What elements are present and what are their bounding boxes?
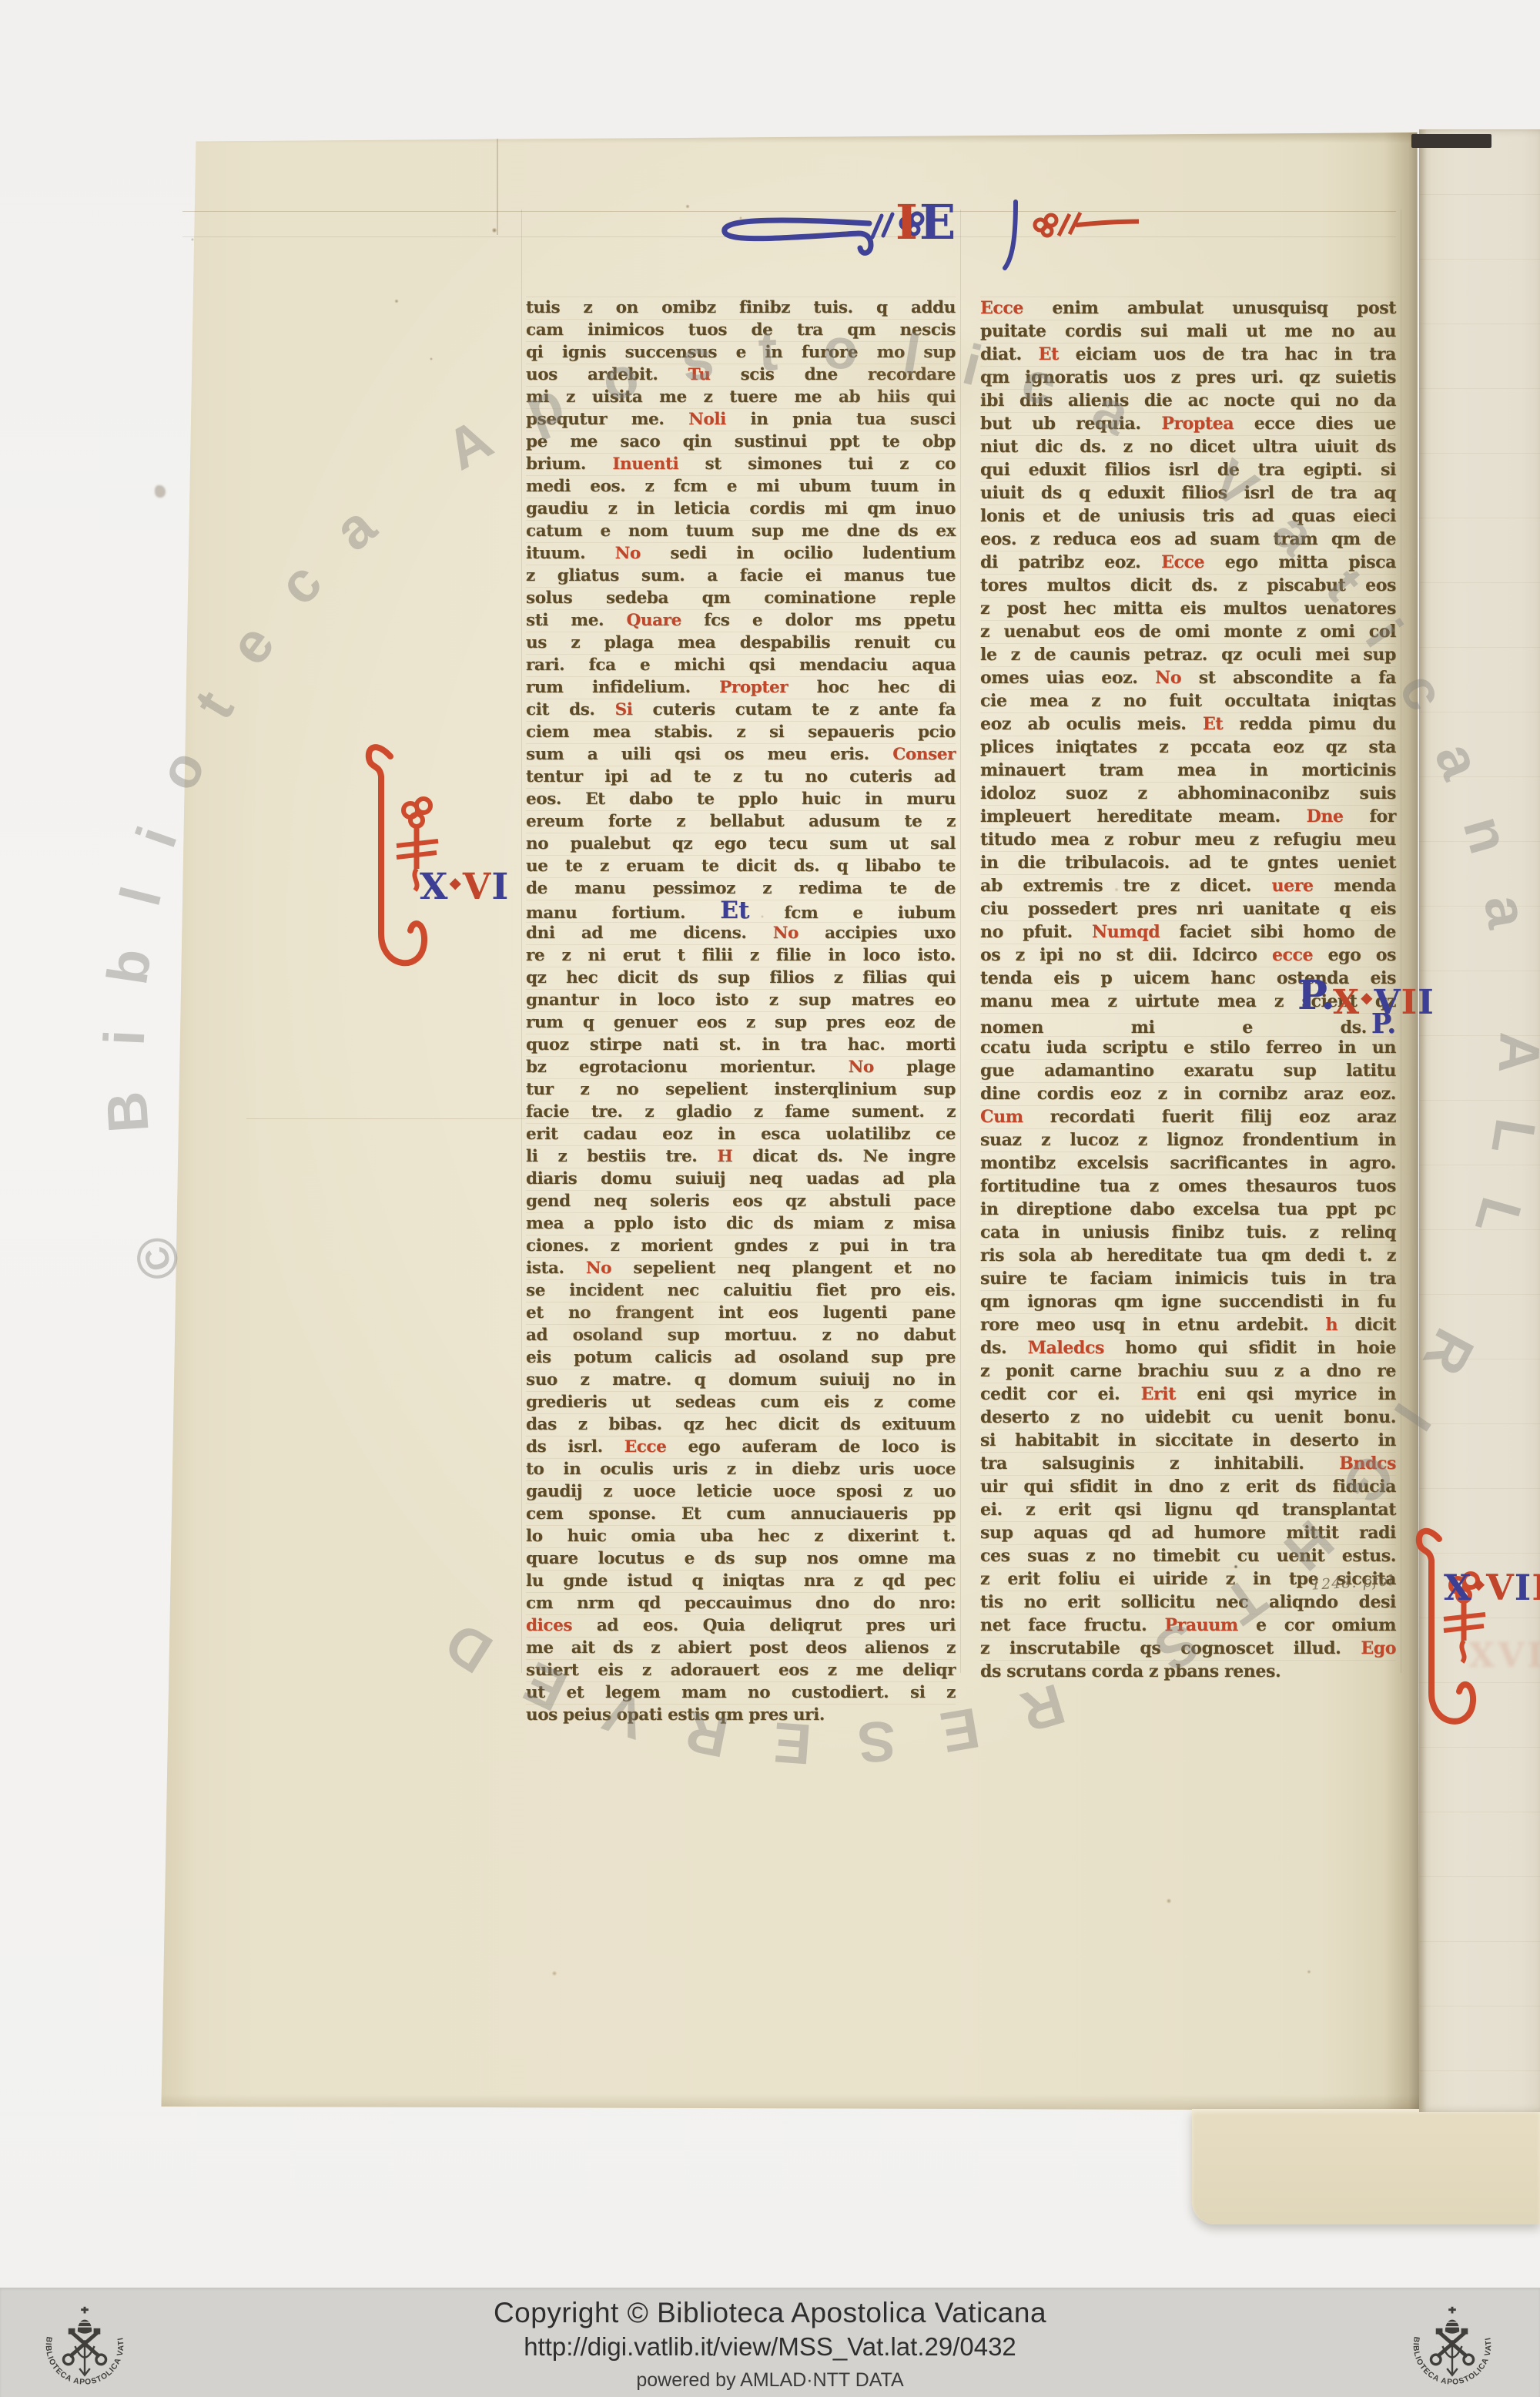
underlying-folio-corner [1192, 2109, 1540, 2224]
manuscript-line: si habitabit in siccitate in deserto in [980, 1429, 1396, 1452]
manuscript-line: gredieris ut sedeas cum eis z come [526, 1391, 956, 1413]
manuscript-line: cata in uniusis finibz tuis. z relinq [980, 1221, 1396, 1244]
manuscript-line: diat. Et eiciam uos de tra hac in tra [980, 343, 1396, 366]
manuscript-line: gue adamantino exaratu sup latitu [980, 1059, 1396, 1082]
copyright-line: Copyright © Biblioteca Apostolica Vatica… [0, 2297, 1540, 2329]
manuscript-line: titudo mea z robur meu z refugiu meu [980, 828, 1396, 851]
manuscript-line: qz hec dicit ds sup filios z filias qui [526, 967, 956, 989]
manuscript-line: di patribz eoz. Ecce ego mitta pisca [980, 551, 1396, 574]
page-content: IE tuis z on omibz finibz tuis. q adduca… [159, 132, 1419, 2114]
manuscript-line: rum infidelium. Propter hoc hec di [526, 676, 956, 699]
manuscript-line: mea a pplo isto dic ds miam z misa [526, 1212, 956, 1235]
manuscript-line: cie mea z no fuit occultata iniqtas [980, 689, 1396, 712]
manuscript-line: dices ad eos. Quia deliqrut pres uri [526, 1614, 956, 1637]
digitized-manuscript-viewer: { "page": { "running_title": "IE" }, "wa… [0, 0, 1540, 2397]
manuscript-line: sti me. Quare fcs e dolor ms ppetu [526, 609, 956, 632]
manuscript-line: ccatu iuda scriptu e stilo ferreo in un [980, 1036, 1396, 1059]
manuscript-line: eos. Et dabo te pplo huic in muru [526, 788, 956, 810]
chapter-initial-p-margin: P. [1297, 972, 1335, 1019]
manuscript-line: omes uias eoz. No st abscondite a fa [980, 666, 1396, 689]
manuscript-line: uos ardebit. Tu scis dne recordare [526, 364, 956, 386]
red-flourish-right [1077, 222, 1139, 232]
manuscript-line: puitate cordis sui mali ut me no au [980, 320, 1396, 343]
manuscript-line: suiert eis z adorauert eos z me deliqr [526, 1659, 956, 1681]
blue-e-descender [1005, 202, 1016, 268]
manuscript-line: ds. Maledcs homo qui sfidit in hoie [980, 1336, 1396, 1359]
manuscript-line: ereum forte z bellabut adusum te z [526, 810, 956, 833]
manuscript-line: eoz ab oculis meis. Et redda pimu du [980, 712, 1396, 736]
manuscript-line: sum a uili qsi os meu eris. Conser [526, 743, 956, 766]
chapter-number-xvi: X◆VI [420, 866, 509, 908]
column-ruling [1401, 210, 1401, 1673]
manuscript-line: bz egrotacionu morientur. No plage [526, 1056, 956, 1078]
footer-text: Copyright © Biblioteca Apostolica Vatica… [0, 2288, 1540, 2392]
manuscript-line: medi eos. z fcm e mi ubum tuum in [526, 475, 956, 498]
manuscript-line: Cum recordati fuerit filij eoz araz [980, 1105, 1396, 1128]
manuscript-line: in die tribulacois. ad te gntes ueniet [980, 851, 1396, 874]
manuscript-line: minauert tram mea in morticinis [980, 759, 1396, 782]
powered-by-line: powered by AMLAD·NTT DATA [0, 2369, 1540, 2392]
manuscript-line: ut et legem mam no custodiert. si z [526, 1681, 956, 1704]
running-title-area: IE [708, 189, 1139, 274]
manuscript-line: ciem mea stabis. z si sepaueris pcio [526, 721, 956, 743]
manuscript-line: me ait ds z abiert post deos alienos z [526, 1637, 956, 1659]
manuscript-line: plices iniqtates z pccata eoz qz sta [980, 736, 1396, 759]
manuscript-line: impleuert hereditate meam. Dne for [980, 805, 1396, 828]
manuscript-line: z uenabut eos de omi monte z omi col [980, 620, 1396, 643]
manuscript-line: et no frangent int eos lugenti pane [526, 1302, 956, 1324]
manuscript-line: net face fructu. Prauum e cor omium [980, 1614, 1396, 1637]
manuscript-line: ris sola ab hereditate tua qm dedi t. z [980, 1244, 1396, 1267]
manuscript-line: lu gnde istud q iniqtas nra z qd pec [526, 1570, 956, 1592]
manuscript-line: cam inimicos tuos de tra qm nescis [526, 319, 956, 341]
manuscript-line: us z plaga mea despabilis renuit cu [526, 632, 956, 654]
manuscript-line: but ub requia. Proptea ecce dies ue [980, 412, 1396, 435]
manuscript-line: das z bibas. qz hec dicit ds exituum [526, 1413, 956, 1436]
manuscript-line: ds scrutans corda z pbans renes. [980, 1660, 1396, 1683]
manuscript-line: cit ds. Si cuteris cutam te z ante fa [526, 699, 956, 721]
vatican-library-logo-left: BIBLIOTECA APOSTOLICA VATICANA [40, 2301, 129, 2391]
manuscript-line: ibi diis alienis die ac nocte qui no da [980, 389, 1396, 412]
manuscript-line: ces suas z no timebit cu uenit estus. [980, 1544, 1396, 1567]
manuscript-line: solus sedeba qm cominatione reple [526, 587, 956, 609]
chapter-number-xvii: X◆VII [1333, 983, 1435, 1022]
manuscript-line: qi ignis succensus e in furore mo sup [526, 341, 956, 364]
running-title: IE [896, 194, 957, 250]
manuscript-line: Ecce enim ambulat unusquisq post [980, 297, 1396, 320]
manuscript-line: idoloz suoz z abhominaconibz suis [980, 782, 1396, 805]
manuscript-line: suo z matre. q domum suiuij no in [526, 1369, 956, 1391]
manuscript-line: os z ipi no st dii. Idcirco ecce ego os [980, 944, 1396, 967]
manuscript-line: ciones. z morient gndes z pui in tra [526, 1235, 956, 1257]
manuscript-line: ei. z erit qsi lignu qd transplantat [980, 1498, 1396, 1521]
manuscript-line: sup aquas qd ad humore mittit radi [980, 1521, 1396, 1544]
blue-flourish-left [725, 220, 871, 253]
manuscript-line: cem sponse. Et cum annuciaueris pp [526, 1503, 956, 1525]
manuscript-line: diaris domu suiuij neq uadas ad pla [526, 1168, 956, 1190]
manuscript-line: gend neq soleris eos qz abstuli pace [526, 1190, 956, 1212]
margin-smudge [155, 485, 166, 498]
manuscript-line: cedit cor ei. Erit eni qsi myrice in [980, 1383, 1396, 1406]
text-column-left: tuis z on omibz finibz tuis. q adducam i… [526, 297, 956, 1726]
manuscript-line: ituum. No sedi in ocilio ludentium [526, 542, 956, 565]
manuscript-line: ab extremis tre z dicet. uere menda [980, 874, 1396, 897]
manuscript-line: uiuit ds q eduxit filios isrl de tra aq [980, 481, 1396, 505]
manuscript-line: cm nrm qd peccauimus dno do nro: [526, 1592, 956, 1614]
next-folio-edge [1419, 129, 1540, 2112]
manuscript-line: tis no erit sollicitu nec aliqndo desi [980, 1591, 1396, 1614]
manuscript-line: no pualebut qz ego tecu sum ut sal [526, 833, 956, 855]
manuscript-line: uir qui sfidit in dno z erit ds fiducia [980, 1475, 1396, 1498]
manuscript-line: montibz excelsis sacrificantes in agro. [980, 1152, 1396, 1175]
manuscript-line: fortitudine tua z omes thesauros tuos [980, 1175, 1396, 1198]
manuscript-line: z inscrutabile qs cognoscet illud. Ego [980, 1637, 1396, 1660]
manuscript-line: li z bestiis tre. H dicat ds. Ne ingre [526, 1145, 956, 1168]
manuscript-line: ds isrl. Ecce ego auferam de loco is [526, 1436, 956, 1458]
manuscript-line: dni ad me dicens. No accipies uxo [526, 922, 956, 944]
manuscript-line: tentur ipi ad te z tu no cuteris ad [526, 766, 956, 788]
manuscript-line: to in oculis uris z in diebz uris uoce [526, 1458, 956, 1480]
manuscript-line: z gliatus sum. a facie ei manus tue [526, 565, 956, 587]
column-ruling [521, 210, 522, 1673]
manuscript-line: re z ni erut t filii z filie in loco ist… [526, 944, 956, 967]
manuscript-line: pe me saco qin sustinui ppt te obp [526, 431, 956, 453]
manuscript-line: quare locutus e ds sup nos omne ma [526, 1547, 956, 1570]
manuscript-line: z ponit carne brachiu suu z a dno re [980, 1359, 1396, 1383]
manuscript-line: ue te z eruam te dicit ds. q libabo te [526, 855, 956, 877]
manuscript-line: tra salsuginis z inhitabili. Bndcs [980, 1452, 1396, 1475]
manuscript-line: qm ignoras qm igne succendisti in fu [980, 1290, 1396, 1313]
manuscript-line: lo huic omia uba hec z dixerint t. [526, 1525, 956, 1547]
manuscript-line: catum e nom tuum sup me dne ds ex [526, 520, 956, 542]
manuscript-line: manu fortium. Et fcm e iubum [526, 900, 956, 922]
manuscript-line: erit cadau eoz in esca uolatilibz ce [526, 1123, 956, 1145]
manuscript-line: eis potum calicis ad osoland sup pre [526, 1346, 956, 1369]
column-ruling [960, 210, 961, 1673]
manuscript-line: suaz z lucoz z lignoz frondentium in [980, 1128, 1396, 1152]
manuscript-line: eos. z reduca eos ad suam tram qm de [980, 528, 1396, 551]
manuscript-line: le z de caunis petraz. qz oculi mei sup [980, 643, 1396, 666]
manuscript-line: gaudiu z in leticia cordis mi qm inuo [526, 498, 956, 520]
manuscript-line: psequtur me. Noli in pnia tua susci [526, 408, 956, 431]
manuscript-line: brium. Inuenti st simones tui z co [526, 453, 956, 475]
manuscript-line: tuis z on omibz finibz tuis. q addu [526, 297, 956, 319]
manuscript-line: rore meo usq in etnu ardebit. h dicit [980, 1313, 1396, 1336]
manuscript-line: dine cordis eoz z in cornibz araz eoz. [980, 1082, 1396, 1105]
binding-edge [1411, 134, 1491, 148]
manuscript-line: quoz stirpe nati st. in tra hac. morti [526, 1034, 956, 1056]
manuscript-line: mi z uisita me z tuere me ab hiis qui [526, 386, 956, 408]
manuscript-line: no pfuit. Numqd faciet sibi homo de [980, 920, 1396, 944]
manuscript-line: z post hec mitta eis multos uenatores [980, 597, 1396, 620]
manuscript-line: uos peius opati estis qm pres uri. [526, 1704, 956, 1726]
manuscript-line: in direptione dabo excelsa tua ppt pc [980, 1198, 1396, 1221]
manuscript-line: niut dic ds. z no dicet ultra uiuit ds [980, 435, 1396, 458]
manuscript-line: qm ignoratis uos z pres uri. qz suietis [980, 366, 1396, 389]
manuscript-line: rari. fca e michi qsi mendaciu aqua [526, 654, 956, 676]
manuscript-line: ista. No sepelient neq plangent et no [526, 1257, 956, 1279]
manuscript-line: deserto z no uidebit cu uenit bonu. [980, 1406, 1396, 1429]
vatican-library-logo-right: BIBLIOTECA APOSTOLICA VATICANA [1408, 2301, 1497, 2391]
manuscript-line: se incident nec caluitiu fiet pro eis. [526, 1279, 956, 1302]
manuscript-line: tur z no sepelient insterqlinium sup [526, 1078, 956, 1101]
chapter-number-xviii: X◆VIII [1444, 1567, 1540, 1608]
manuscript-line: gaudij z uoce leticie uoce sposi z uo [526, 1480, 956, 1503]
chapter-number-ghost: XVIII [1468, 1636, 1540, 1675]
manuscript-line: suire te faciam inimicis tuis in tra [980, 1267, 1396, 1290]
manuscript-line: lonis et de uniusis tris ad quas eieci [980, 505, 1396, 528]
manuscript-line: gnantur in loco isto z sup matres eo [526, 989, 956, 1011]
manuscript-line: ad osoland sup mortuu. z no dabut [526, 1324, 956, 1346]
manuscript-line: facie tre. z gladio z fame sument. z [526, 1101, 956, 1123]
manuscript-line: ciu possedert pres nri uanitate q eis [980, 897, 1396, 920]
manuscript-line: tores multos dicit ds. z piscabut eos [980, 574, 1396, 597]
manuscript-line: rum q genuer eos z sup pres eoz de [526, 1011, 956, 1034]
parchment-crease [497, 139, 498, 235]
footer-bar: Copyright © Biblioteca Apostolica Vatica… [0, 2288, 1540, 2397]
source-url: http://digi.vatlib.it/view/MSS_Vat.lat.2… [0, 2332, 1540, 2362]
manuscript-line: qui eduxit filios isrl de tra egipti. si [980, 458, 1396, 481]
